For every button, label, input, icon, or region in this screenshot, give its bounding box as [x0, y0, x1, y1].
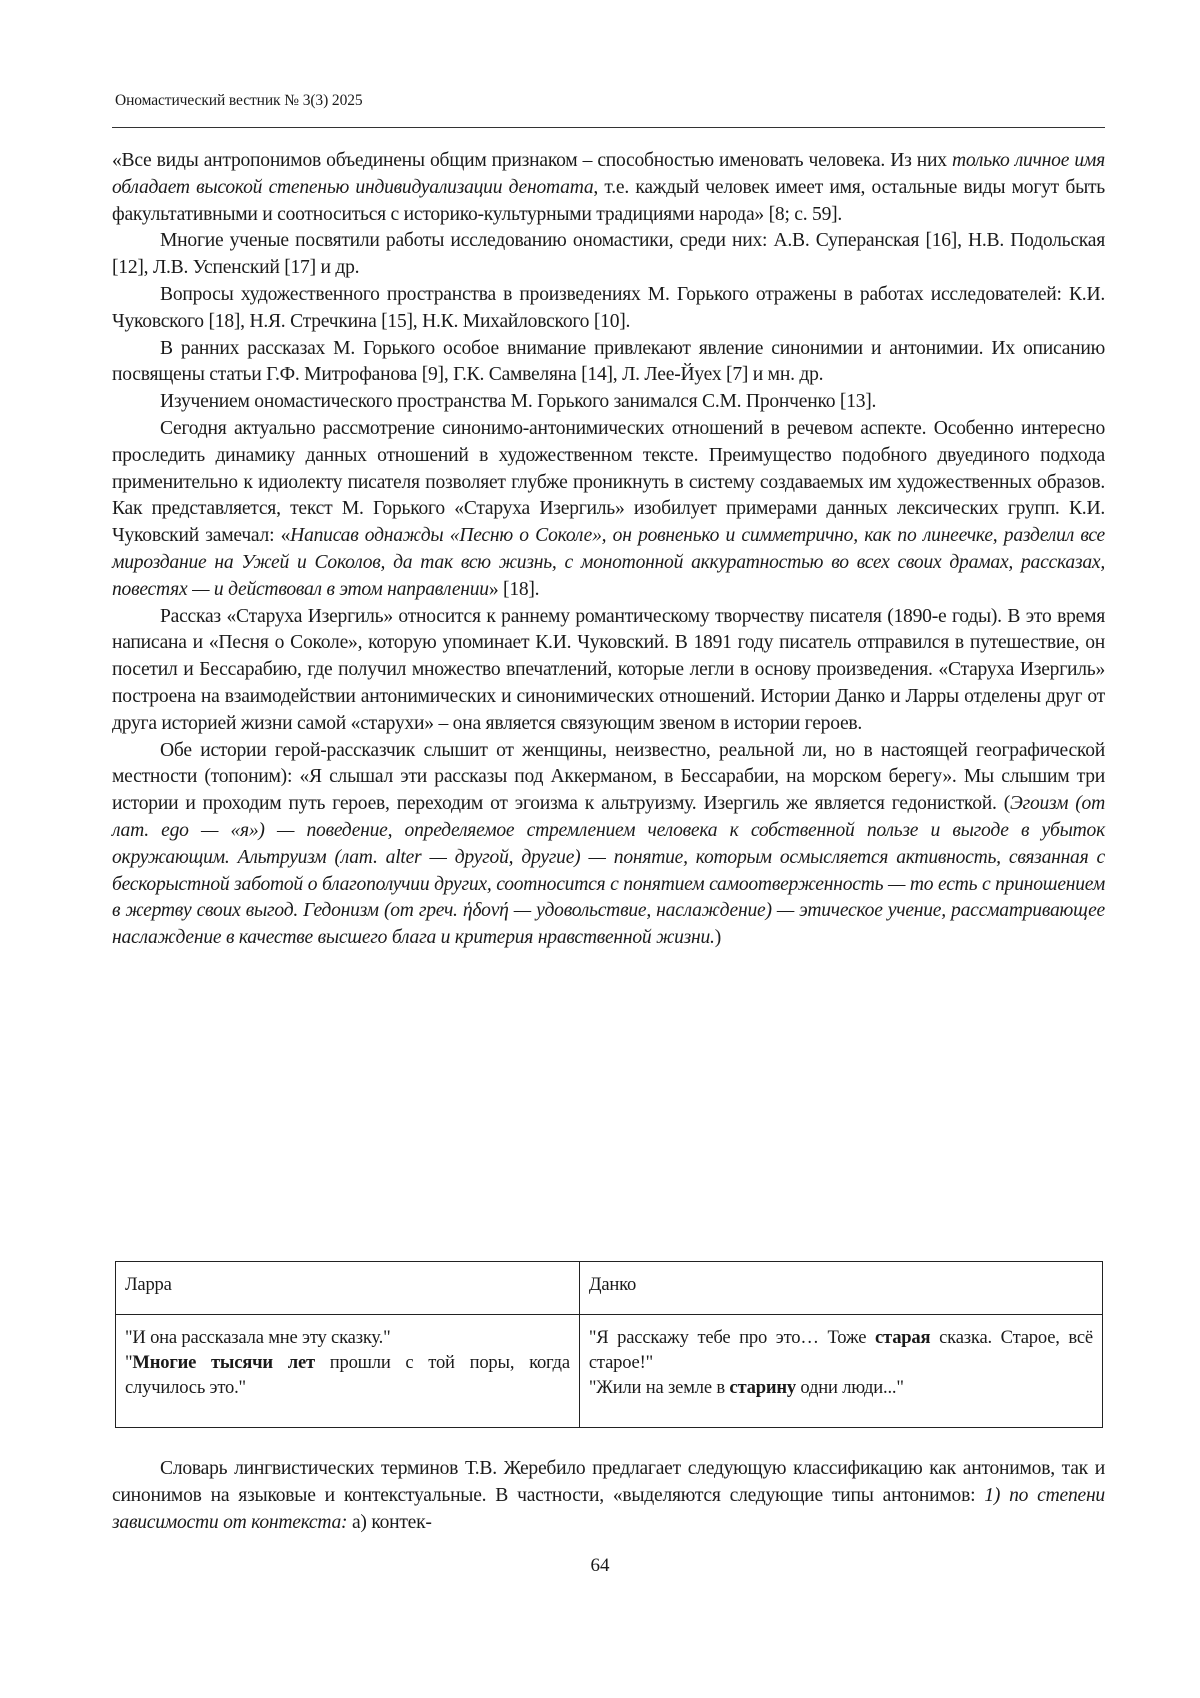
- quote-line: "Многие тысячи лет прошли с той поры, ко…: [125, 1350, 570, 1400]
- text: Обе истории герой-рассказчик слышит от ж…: [112, 740, 1105, 815]
- paragraph: «Все виды антропонимов объединены общим …: [112, 148, 1105, 228]
- paragraph: Сегодня актуально рассмотрение синонимо-…: [112, 416, 1105, 604]
- text: Рассказ «Старуха Изергиль» относится к р…: [112, 606, 1105, 734]
- text: "И она рассказала мне эту сказку.": [125, 1327, 391, 1348]
- italic-text: Эгоизм (от лат. ego — «я») — поведение, …: [112, 793, 1105, 948]
- text: Вопросы художественного пространства в п…: [112, 284, 1105, 332]
- table-header-row: Ларра Данко: [116, 1262, 1103, 1315]
- bold-text: старая: [875, 1327, 930, 1348]
- table-header-larra: Ларра: [116, 1262, 580, 1315]
- article-body: «Все виды антропонимов объединены общим …: [112, 148, 1105, 952]
- text: Словарь лингвистических терминов Т.В. Же…: [112, 1458, 1105, 1506]
- table-header-danko: Данко: [579, 1262, 1102, 1315]
- text: Многие ученые посвятили работы исследова…: [112, 230, 1105, 278]
- bold-text: старину: [729, 1377, 796, 1398]
- text: "Я расскажу тебе про это… Тоже: [589, 1327, 875, 1348]
- text: одни люди...": [796, 1377, 904, 1398]
- running-head: Ономастический вестник № 3(3) 2025: [115, 92, 363, 110]
- text: ): [715, 927, 721, 948]
- paragraph: Многие ученые посвятили работы исследова…: [112, 228, 1105, 282]
- paragraph: Словарь лингвистических терминов Т.В. Же…: [112, 1455, 1105, 1536]
- text: В ранних рассказах М. Горького особое вн…: [112, 338, 1105, 386]
- table-row: "И она рассказала мне эту сказку.""Многи…: [116, 1315, 1103, 1428]
- header-rule: [112, 127, 1105, 128]
- table-cell-danko-quotes: "Я расскажу тебе про это… Тоже старая ск…: [579, 1315, 1102, 1428]
- paragraph: В ранних рассказах М. Горького особое вн…: [112, 336, 1105, 390]
- comparison-table: Ларра Данко "И она рассказала мне эту ск…: [115, 1261, 1103, 1428]
- paragraph: Рассказ «Старуха Изергиль» относится к р…: [112, 604, 1105, 738]
- text: Изучением ономастического пространства М…: [160, 391, 876, 412]
- table-cell-larra-quotes: "И она рассказала мне эту сказку.""Многи…: [116, 1315, 580, 1428]
- quote-line: "И она рассказала мне эту сказку.": [125, 1325, 570, 1350]
- paragraph: Вопросы художественного пространства в п…: [112, 282, 1105, 336]
- text: "Жили на земле в: [589, 1377, 730, 1398]
- paragraph: Изучением ономастического пространства М…: [112, 389, 1105, 416]
- quote-line: "Я расскажу тебе про это… Тоже старая ск…: [589, 1325, 1093, 1375]
- paragraph: Обе истории герой-рассказчик слышит от ж…: [112, 738, 1105, 952]
- bold-text: Многие тысячи лет: [132, 1352, 315, 1373]
- text: а) контек-: [347, 1512, 431, 1533]
- text: » [18].: [489, 579, 540, 600]
- page-number: 64: [0, 1555, 1200, 1577]
- quote-line: "Жили на земле в старину одни люди...": [589, 1375, 1093, 1400]
- text: «Все виды антропонимов объединены общим …: [112, 150, 952, 171]
- post-table-text: Словарь лингвистических терминов Т.В. Же…: [112, 1455, 1105, 1536]
